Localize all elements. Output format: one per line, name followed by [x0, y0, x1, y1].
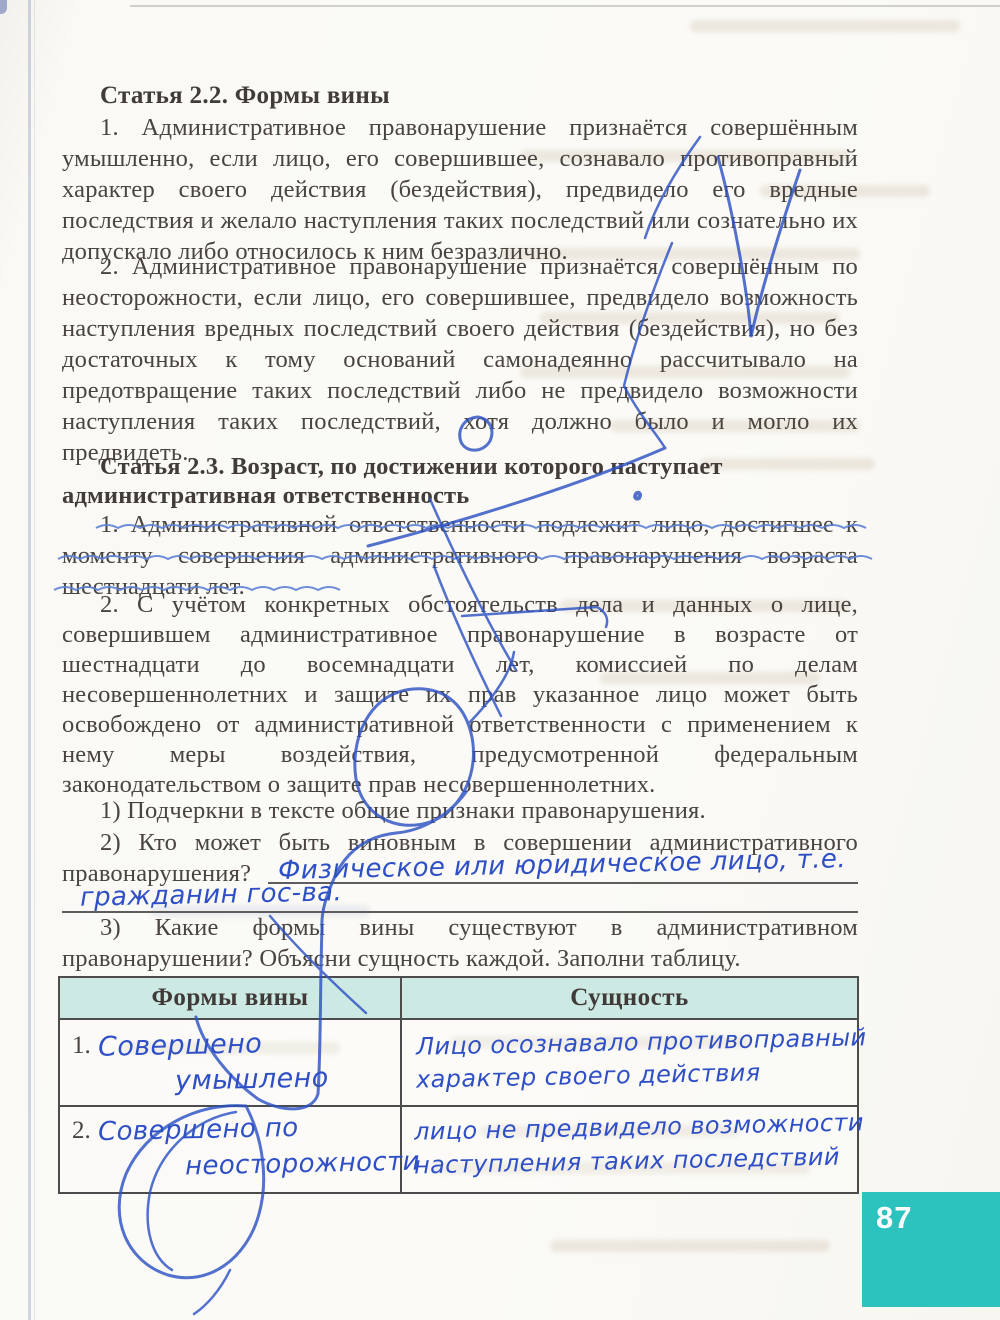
handwritten-answer-q2-line2: гражданин гос-ва.	[80, 877, 343, 912]
table-row2-essence-cell: лицо не предвидело возможности наступлен…	[402, 1107, 857, 1192]
table-row1-essence-cell: Лицо осознавало противоправный характер …	[402, 1020, 857, 1107]
question-1: 1) Подчеркни в тексте общие признаки пра…	[62, 795, 858, 826]
table-row1-form-cell: 1. Совершено умышлено	[60, 1020, 402, 1107]
row2-essence-handwriting-line1: лицо не предвидело возможности	[414, 1108, 864, 1145]
page-top-edge	[130, 5, 1000, 7]
article-2-3-paragraph-1: 1. Административной ответственности подл…	[62, 509, 858, 602]
article-2-3-title: Статья 2.3. Возраст, по достижении котор…	[62, 452, 858, 510]
row1-essence-handwriting-line1: Лицо осознавало противоправный	[416, 1023, 867, 1060]
table-header-essence: Сущность	[402, 978, 857, 1020]
row1-form-handwriting-line1: Совершено	[98, 1028, 263, 1062]
page-left-edge-faint	[34, 0, 35, 1320]
article-2-3-paragraph-2: 2. С учётом конкретных обстоятельств дел…	[62, 590, 858, 800]
row2-form-handwriting-line2: неосторожности	[185, 1147, 421, 1182]
table-row2-form-cell: 2. Совершено по неосторожности	[60, 1107, 402, 1192]
row2-essence-handwriting-line2: наступления таких последствий	[414, 1143, 840, 1180]
row1-number: 1.	[72, 1032, 91, 1060]
row2-number: 2.	[72, 1117, 91, 1145]
corner-pen-mark	[0, 0, 7, 14]
page-left-edge	[28, 0, 31, 1320]
row1-form-handwriting-line2: умышлено	[175, 1062, 329, 1096]
article-2-2-paragraph-2: 2. Административное правонарушение призн…	[62, 251, 858, 468]
table-header-forms: Формы вины	[60, 978, 402, 1020]
workbook-page: Статья 2.2. Формы вины 1. Административн…	[0, 0, 1000, 1320]
page-number: 87	[876, 1200, 912, 1236]
page-number-badge: 87	[862, 1192, 1000, 1307]
row2-form-handwriting-line1: Совершено по	[98, 1113, 299, 1147]
article-2-2-title: Статья 2.2. Формы вины	[100, 82, 390, 110]
row1-essence-handwriting-line2: характер своего действия	[416, 1058, 761, 1093]
forms-of-guilt-table: Формы вины Сущность 1. Совершено умышлен…	[58, 976, 859, 1194]
article-2-2-paragraph-1: 1. Административное правонарушение призн…	[62, 112, 858, 267]
question-3: 3) Какие формы вины существуют в админис…	[62, 912, 858, 974]
